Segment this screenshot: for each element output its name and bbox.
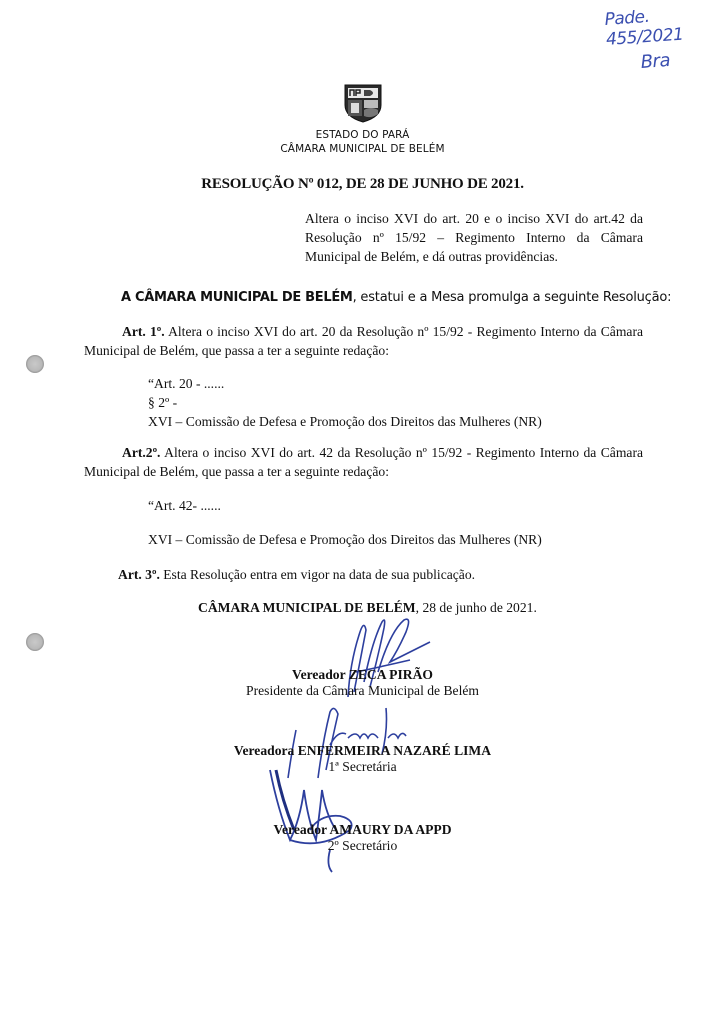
signatory-name: Vereador AMAURY DA APPD — [0, 822, 725, 838]
quote-line: “Art. 42- ...... — [148, 496, 221, 515]
header-state: ESTADO DO PARÁ — [0, 129, 725, 141]
signatory-first-secretary: Vereadora ENFERMEIRA NAZARÉ LIMA 1ª Secr… — [0, 743, 725, 775]
article-1-label: Art. 1º. — [122, 324, 165, 339]
article-2-line1: Altera o inciso XVI do art. 42 da Resolu… — [160, 445, 643, 460]
preamble: A CÂMARA MUNICIPAL DE BELÉM, estatui e a… — [121, 288, 671, 306]
article-2-quote-item: XVI – Comissão de Defesa e Promoção dos … — [148, 530, 542, 549]
punch-hole-bottom — [26, 633, 44, 651]
article-1-line2: Municipal de Belém, que passa a ter a se… — [84, 343, 389, 358]
article-3-text: Esta Resolução entra em vigor na data de… — [160, 567, 475, 582]
signatory-role: 2º Secretário — [0, 838, 725, 854]
article-2-label: Art.2º. — [122, 445, 160, 460]
signatory-president: Vereador ZECA PIRÃO Presidente da Câmara… — [0, 667, 725, 699]
article-1-quote: “Art. 20 - ...... § 2º - XVI – Comissão … — [148, 374, 542, 431]
document-title: RESOLUÇÃO Nº 012, DE 28 DE JUNHO DE 2021… — [0, 176, 725, 193]
handwritten-initials: Bra — [640, 50, 671, 73]
closing-date: , 28 de junho de 2021. — [416, 600, 537, 615]
article-2: Art.2º. Altera o inciso XVI do art. 42 d… — [84, 443, 643, 481]
document-summary: Altera o inciso XVI do art. 20 e o incis… — [305, 209, 643, 266]
closing-institution: CÂMARA MUNICIPAL DE BELÉM — [198, 600, 416, 615]
article-1-line1: Altera o inciso XVI do art. 20 da Resolu… — [165, 324, 643, 339]
preamble-institution: A CÂMARA MUNICIPAL DE BELÉM — [121, 290, 353, 305]
quote-line: XVI – Comissão de Defesa e Promoção dos … — [148, 530, 542, 549]
handwritten-process-note: Pade. 455/2021 — [604, 2, 725, 50]
signatory-name: Vereador ZECA PIRÃO — [0, 667, 725, 683]
article-1: Art. 1º. Altera o inciso XVI do art. 20 … — [84, 322, 643, 360]
signatory-name: Vereadora ENFERMEIRA NAZARÉ LIMA — [0, 743, 725, 759]
article-3: Art. 3º. Esta Resolução entra em vigor n… — [118, 565, 475, 584]
header-institution: CÂMARA MUNICIPAL DE BELÉM — [0, 143, 725, 155]
signatory-role: 1ª Secretária — [0, 759, 725, 775]
handwritten-process-number: Pade. 455/2021 — [604, 7, 684, 50]
article-2-line2: Municipal de Belém, que passa a ter a se… — [84, 464, 389, 479]
article-2-quote: “Art. 42- ...... — [148, 496, 221, 515]
signatory-role: Presidente da Câmara Municipal de Belém — [0, 683, 725, 699]
signature-second-secretary-icon — [260, 760, 380, 880]
closing-place-date: CÂMARA MUNICIPAL DE BELÉM, 28 de junho d… — [198, 598, 537, 617]
coat-of-arms-icon — [343, 83, 383, 123]
quote-line: XVI – Comissão de Defesa e Promoção dos … — [148, 412, 542, 431]
quote-line: “Art. 20 - ...... — [148, 374, 542, 393]
article-3-label: Art. 3º. — [118, 567, 160, 582]
preamble-text: , estatui e a Mesa promulga a seguinte R… — [353, 290, 672, 305]
quote-line: § 2º - — [148, 393, 542, 412]
signatory-second-secretary: Vereador AMAURY DA APPD 2º Secretário — [0, 822, 725, 854]
punch-hole-top — [26, 355, 44, 373]
